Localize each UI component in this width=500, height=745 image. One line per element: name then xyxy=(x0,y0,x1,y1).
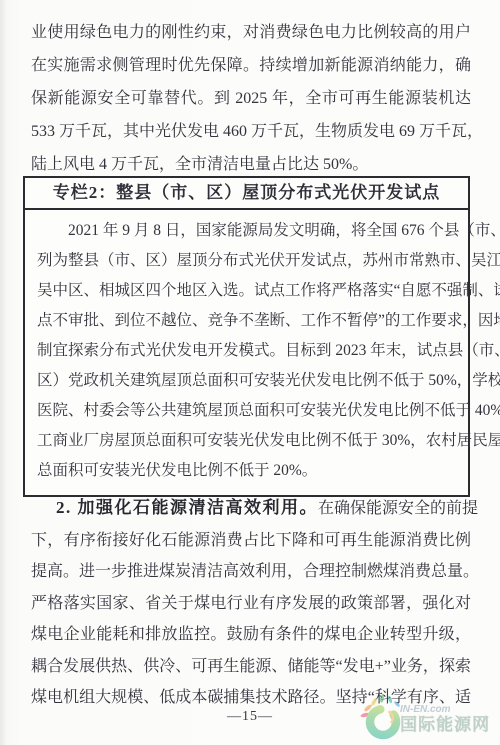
in-en-name-label: 国际能源网 xyxy=(400,716,490,733)
in-en-watermark: IN-EN.com 国际能源网 xyxy=(358,695,498,743)
paragraph-renewable-energy: 业使用绿色电力的刚性约束，对消费绿色电力比例较高的用户 在实施需求侧管理时优先保… xyxy=(31,16,471,181)
paragraph-line: 业使用绿色电力的刚性约束，对消费绿色电力比例较高的用户 xyxy=(31,16,471,49)
column-box: 专栏2：整县（市、区）屋顶分布式光伏开发试点 2021 年 9 月 8 日，国家… xyxy=(23,176,470,497)
paragraph-fossil-energy: 2. 加强化石能源清洁高效利用。在确保能源安全的前提 下，有序衔接好化石能源消费… xyxy=(31,492,471,714)
bold-lead-heading: 2. 加强化石能源清洁高效利用。 xyxy=(56,498,318,517)
box-body-line: 工商业厂房屋顶总面积可安装光伏发电比例不低于 30%，农村居民屋顶 xyxy=(37,426,456,456)
paragraph-line: 耦合发展供热、供冷、可再生能源、储能等“发电+”业务，探索 xyxy=(31,651,471,683)
paragraph-line: 严格落实国家、省关于煤电行业有序发展的政策部署，强化对 xyxy=(31,588,471,620)
box-body-line: 制宜探索分布式光伏发电开发模式。目标到 2023 年末，试点县（市、 xyxy=(37,336,456,366)
box-body-line: 吴中区、相城区四个地区入选。试点工作将严格落实“自愿不强制、试 xyxy=(37,276,456,306)
paragraph-text: 在确保能源安全的前提 xyxy=(318,500,478,517)
paragraph-line: 533 万千瓦，其中光伏发电 460 万千瓦，生物质发电 69 万千瓦， xyxy=(31,115,471,148)
paragraph-line: 煤电企业能耗和排放监控。鼓励有条件的煤电企业转型升级， xyxy=(31,619,471,651)
column-box-body: 2021 年 9 月 8 日，国家能源局发文明确，将全国 676 个县（市、区）… xyxy=(25,210,468,495)
paragraph-line: 保新能源安全可靠替代。到 2025 年，全市可再生能源装机达 xyxy=(31,82,471,115)
paragraph-line: 2. 加强化石能源清洁高效利用。在确保能源安全的前提 xyxy=(31,492,471,525)
box-body-line: 区）党政机关建筑屋顶总面积可安装光伏发电比例不低于 50%，学校、 xyxy=(37,366,456,396)
in-en-site-label: IN-EN.com xyxy=(400,705,490,715)
paragraph-line: 在实施需求侧管理时优先保障。持续增加新能源消纳能力，确 xyxy=(31,49,471,82)
paragraph-line: 提高。进一步推进煤炭清洁高效利用，合理控制燃煤消费总量。 xyxy=(31,556,471,588)
column-box-title: 专栏2：整县（市、区）屋顶分布式光伏开发试点 xyxy=(25,178,468,210)
paragraph-line: 下，有序衔接好化石能源消费占比下降和可再生能源消费比例 xyxy=(31,525,471,557)
box-body-line: 点不审批、到位不越位、竞争不垄断、工作不暂停”的工作要求，因地 xyxy=(37,306,456,336)
box-body-line: 列为整县（市、区）屋顶分布式光伏开发试点，苏州市常熟市、吴江区、 xyxy=(37,246,456,276)
box-body-line: 医院、村委会等公共建筑屋顶总面积可安装光伏发电比例不低于 40%， xyxy=(37,396,456,426)
in-en-watermark-text: IN-EN.com 国际能源网 xyxy=(400,705,490,733)
box-body-line: 2021 年 9 月 8 日，国家能源局发文明确，将全国 676 个县（市、区） xyxy=(37,216,456,246)
box-body-line: 总面积可安装光伏发电比例不低于 20%。 xyxy=(37,456,456,486)
